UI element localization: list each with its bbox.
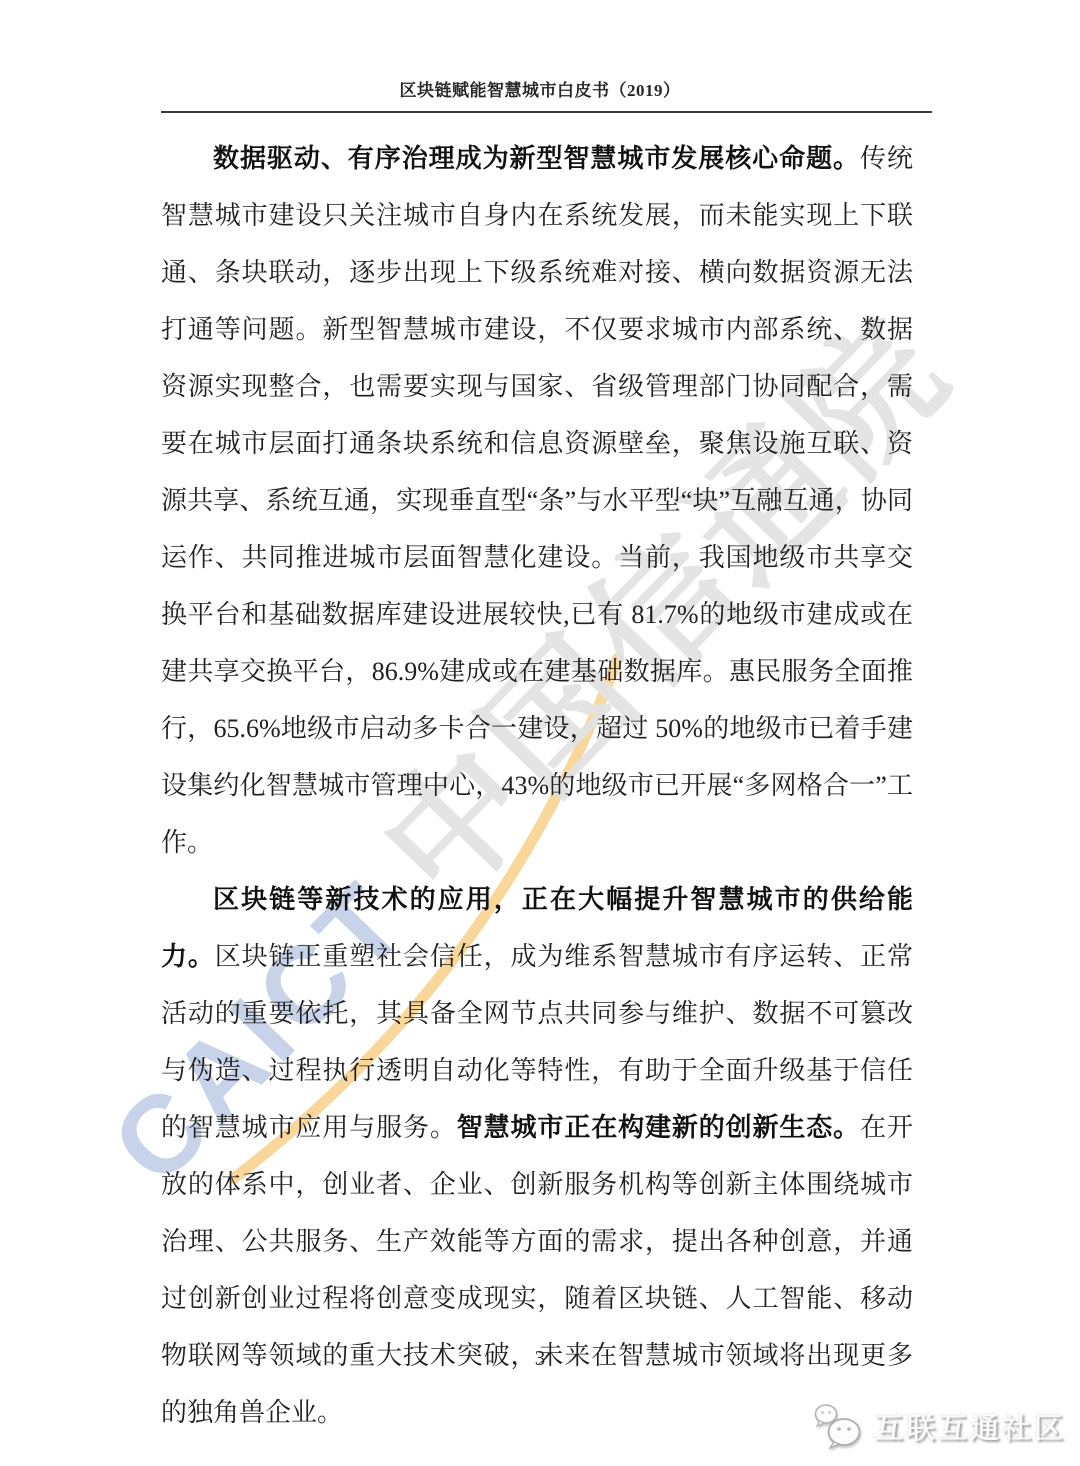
paragraph-1-lead: 数据驱动、有序治理成为新型智慧城市发展核心命题。 xyxy=(213,143,860,173)
paragraph-1-text: 传统智慧城市建设只关注城市自身内在系统发展，而未能实现上下联通、条块联动，逐步出… xyxy=(161,144,913,857)
paragraph-2-emphasis: 智慧城市正在构建新的创新生态。 xyxy=(457,1112,860,1142)
paragraph-1: 数据驱动、有序治理成为新型智慧城市发展核心命题。传统智慧城市建设只关注城市自身内… xyxy=(161,130,913,871)
paragraph-2-text-2: 在开放的体系中，创业者、企业、创新服务机构等创新主体围绕城市治理、公共服务、生产… xyxy=(161,1113,913,1427)
page-header-title: 区块链赋能智慧城市白皮书（2019） xyxy=(0,76,1080,101)
community-label: 互联互通社区 xyxy=(874,1406,1066,1447)
wechat-bubbles-icon xyxy=(811,1399,865,1453)
header-divider xyxy=(161,111,932,113)
community-watermark: 互联互通社区 xyxy=(811,1398,1066,1454)
page-number: 3 xyxy=(0,1346,1080,1371)
document-body: 数据驱动、有序治理成为新型智慧城市发展核心命题。传统智慧城市建设只关注城市自身内… xyxy=(161,130,913,1441)
